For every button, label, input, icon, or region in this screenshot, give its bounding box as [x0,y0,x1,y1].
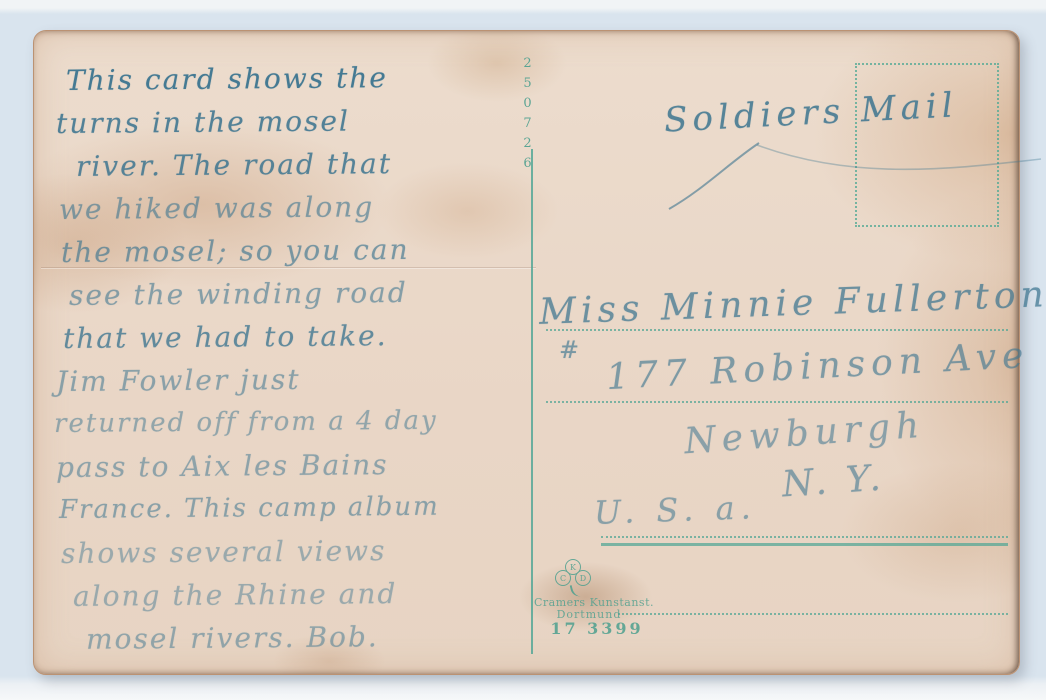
address-street: 177 Robinson Ave [605,335,1030,398]
address-rule [546,401,1008,403]
message-line: we hiked was along [44,184,536,231]
message-line: France. This camp album [44,485,536,532]
address-rule [601,536,1008,538]
postcard: This card shows the turns in the mosel r… [33,30,1020,675]
message-line: the mosel; so you can [44,227,536,274]
message-line: shows several views [44,528,536,575]
address-recipient: Miss Minnie Fullerton [538,274,1046,333]
message-line: turns in the mosel [44,98,536,145]
publisher-number: 17 3399 [532,619,662,638]
address-number-sign: # [559,336,579,364]
address-rule-solid [601,543,1008,546]
address-state: N. Y. [781,457,886,505]
divider-line [531,149,533,654]
trefoil-letter: C [555,570,571,586]
address-city: Newburgh [683,405,927,463]
handwritten-message: This card shows the turns in the mosel r… [44,57,536,659]
address-rule [618,613,1008,615]
message-line: pass to Aix les Bains [44,442,536,489]
message-line: along the Rhine and [44,571,536,618]
message-line: This card shows the [44,55,536,102]
message-line: returned off from a 4 day [44,399,536,446]
address-country: U. S. a. [593,488,757,532]
message-line: river. The road that [44,141,536,188]
message-line: see the winding road [44,270,536,317]
message-line: mosel rivers. Bob. [44,614,536,661]
message-line: Jim Fowler just [44,356,536,403]
publisher-trefoil-icon: K C D [551,559,595,599]
message-line: that we had to take. [44,313,536,360]
